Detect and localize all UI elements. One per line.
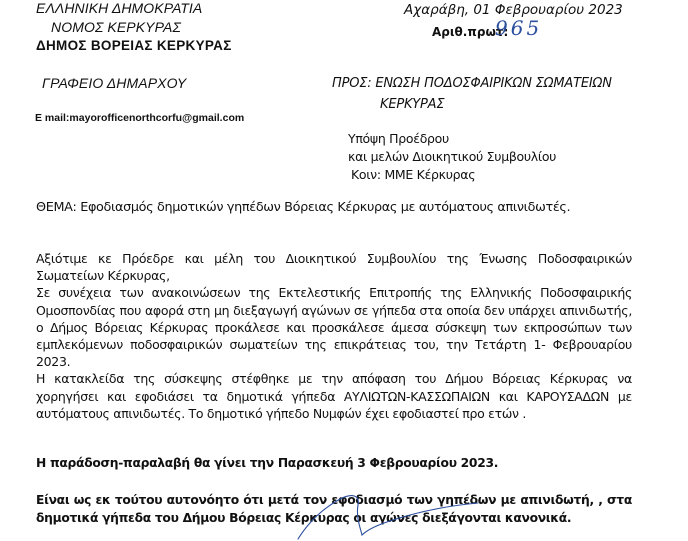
republic-heading: ΕΛΛΗΝΙΚΗ ΔΗΜΟΚΡΑΤΙΑ xyxy=(36,0,202,16)
conclusion-paragraph: Είναι ως εκ τούτου αυτονόητο ότι μετά το… xyxy=(36,492,632,527)
paragraph-meeting: Σε συνέχεια των ανακοινώσεων της Εκτελεσ… xyxy=(36,284,632,370)
recipient-line-2: ΚΕΡΚΥΡΑΣ xyxy=(380,97,444,112)
paragraph-decision: Η κατακλείδα της σύσκεψης στέφθηκε με τη… xyxy=(36,370,632,422)
handover-notice: Η παράδοση-παραλαβή θα γίνει την Παρασκε… xyxy=(36,456,498,470)
conclusion-text: Είναι ως εκ τούτου αυτονόητο ότι μετά το… xyxy=(36,492,632,527)
attention-line-2: και μελών Διοικητικού Συμβουλίου xyxy=(348,149,556,164)
protocol-number-handwritten: 965 xyxy=(495,16,542,40)
attention-line-1: Υπόψη Προέδρου xyxy=(348,131,449,146)
prefecture-heading: ΝΟΜΟΣ ΚΕΡΚΥΡΑΣ xyxy=(51,19,181,35)
office-heading: ΓΡΑΦΕΙΟ ΔΗΜΑΡΧΟΥ xyxy=(42,75,186,91)
municipality-heading: ΔΗΜΟΣ ΒΟΡΕΙΑΣ ΚΕΡΚΥΡΑΣ xyxy=(36,38,232,53)
email-address[interactable]: E mail:mayorofficenorthcorfu@gmail.com xyxy=(35,112,244,124)
salutation: Αξιότιμε κε Πρόεδρε και μέλη του Διοικητ… xyxy=(36,250,632,284)
cc-line: Κοιν: ΜΜΕ Κέρκυρας xyxy=(351,167,475,182)
letter-body: Αξιότιμε κε Πρόεδρε και μέλη του Διοικητ… xyxy=(36,250,632,422)
subject-line: ΘΕΜΑ: Εφοδιασμός δημοτικών γηπέδων Βόρει… xyxy=(36,200,570,215)
recipient-line-1: ΠΡΟΣ: ΕΝΩΣΗ ΠΟΔΟΣΦΑΙΡΙΚΩΝ ΣΩΜΑΤΕΙΩΝ xyxy=(332,76,612,91)
